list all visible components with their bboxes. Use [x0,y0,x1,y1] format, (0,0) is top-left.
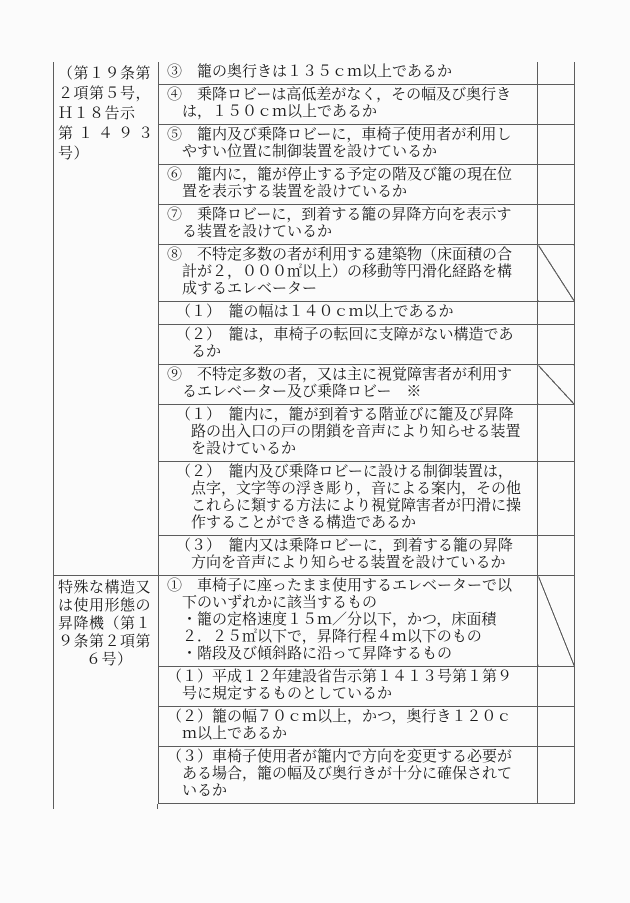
checklist-item-text: ⑧ 不特定多数の者が利用する建築物（床面積の合計が２，０００㎡以上）の移動等円滑… [159,245,538,302]
checklist-item-text: （１） 籠内に，籠が到着する階並びに籠及び昇降路の出入口の戸の閉鎖を音声により知… [159,405,538,462]
section-label-line: 昇降機（第１ [58,615,156,633]
check-cell-empty [538,325,575,365]
check-cell-empty [538,707,575,747]
check-cell-empty [538,302,575,325]
check-cell-not-applicable [538,576,575,667]
check-cell-empty [538,747,575,804]
document-page: （第１９条第２項第５号，Ｈ１８告示第１４９３号）③ 籠の奥行きは１３５ｃｍ以上で… [53,62,575,804]
check-cell-empty [538,667,575,707]
section-label-line: ９条第２項第 [58,633,156,651]
check-cell-empty [538,85,575,125]
checklist-item-text: ⑤ 籠内及び乗降ロビーに，車椅子使用者が利用しやすい位置に制御装置を設けているか [159,125,538,165]
checklist-item-text: （２） 籠内及び乗降ロビーに設ける制御装置は，点字，文字等の浮き彫り，音による案… [159,462,538,536]
check-cell-empty [538,125,575,165]
checklist-item-text: （３）車椅子使用者が籠内で方向を変更する必要がある場合，籠の幅及び奥行きが十分に… [159,747,538,804]
check-cell-empty [538,62,575,85]
checklist-item-text: （１） 籠の幅は１４０ｃｍ以上であるか [159,302,538,325]
checklist-item-text: ③ 籠の奥行きは１３５ｃｍ以上であるか [159,62,538,85]
section-label-line: ２項第５号， [58,84,156,104]
checklist-table: （第１９条第２項第５号，Ｈ１８告示第１４９３号）③ 籠の奥行きは１３５ｃｍ以上で… [53,62,575,804]
table-row: （第１９条第２項第５号，Ｈ１８告示第１４９３号）③ 籠の奥行きは１３５ｃｍ以上で… [54,62,575,85]
check-cell-empty [538,165,575,205]
checklist-item-text: ④ 乗降ロビーは高低差がなく，その幅及び奥行きは，１５０ｃｍ以上であるか [159,85,538,125]
checklist-item-text: （１）平成１２年建設省告示第１４１３号第１第９号に規定するものとしているか [159,667,538,707]
section-label-line: 号） [58,144,156,164]
check-cell-empty [538,462,575,536]
left-column-continuation-line [157,804,158,809]
check-cell-empty [538,536,575,576]
checklist-item-text: ⑦ 乗降ロビーに，到着する籠の昇降方向を表示する装置を設けているか [159,205,538,245]
section-label: 特殊な構造又は使用形態の昇降機（第１９条第２項第６号） [54,576,159,804]
section-label: （第１９条第２項第５号，Ｈ１８告示第１４９３号） [54,62,159,576]
section-label-line: （第１９条第 [58,64,156,84]
section-label-line: Ｈ１８告示 [58,104,156,124]
section-label-line: 第１４９３ [58,124,161,144]
check-cell-not-applicable [538,245,575,302]
check-cell-empty [538,205,575,245]
check-cell-empty [538,405,575,462]
section-label-line: ６号） [58,651,156,669]
left-column-continuation-line [53,804,54,809]
section-label-line: 特殊な構造又 [58,579,156,597]
checklist-item-text: ① 車椅子に座ったまま使用するエレベーターで以下のいずれかに該当するもの ・籠の… [159,576,538,667]
checklist-table-body: （第１９条第２項第５号，Ｈ１８告示第１４９３号）③ 籠の奥行きは１３５ｃｍ以上で… [54,62,575,804]
section-label-line: は使用形態の [58,597,156,615]
checklist-item-text: （２） 籠は，車椅子の転回に支障がない構造であるか [159,325,538,365]
table-row: 特殊な構造又は使用形態の昇降機（第１９条第２項第６号）① 車椅子に座ったまま使用… [54,576,575,667]
check-cell-not-applicable [538,365,575,405]
checklist-item-text: （２）籠の幅７０ｃｍ以上，かつ，奥行き１２０ｃｍ以上であるか [159,707,538,747]
checklist-item-text: （３） 籠内又は乗降ロビーに，到着する籠の昇降方向を音声により知らせる装置を設け… [159,536,538,576]
checklist-item-text: ⑥ 籠内に，籠が停止する予定の階及び籠の現在位置を表示する装置を設けているか [159,165,538,205]
checklist-item-text: ⑨ 不特定多数の者，又は主に視覚障害者が利用するエレベーター及び乗降ロビー ※ [159,365,538,405]
